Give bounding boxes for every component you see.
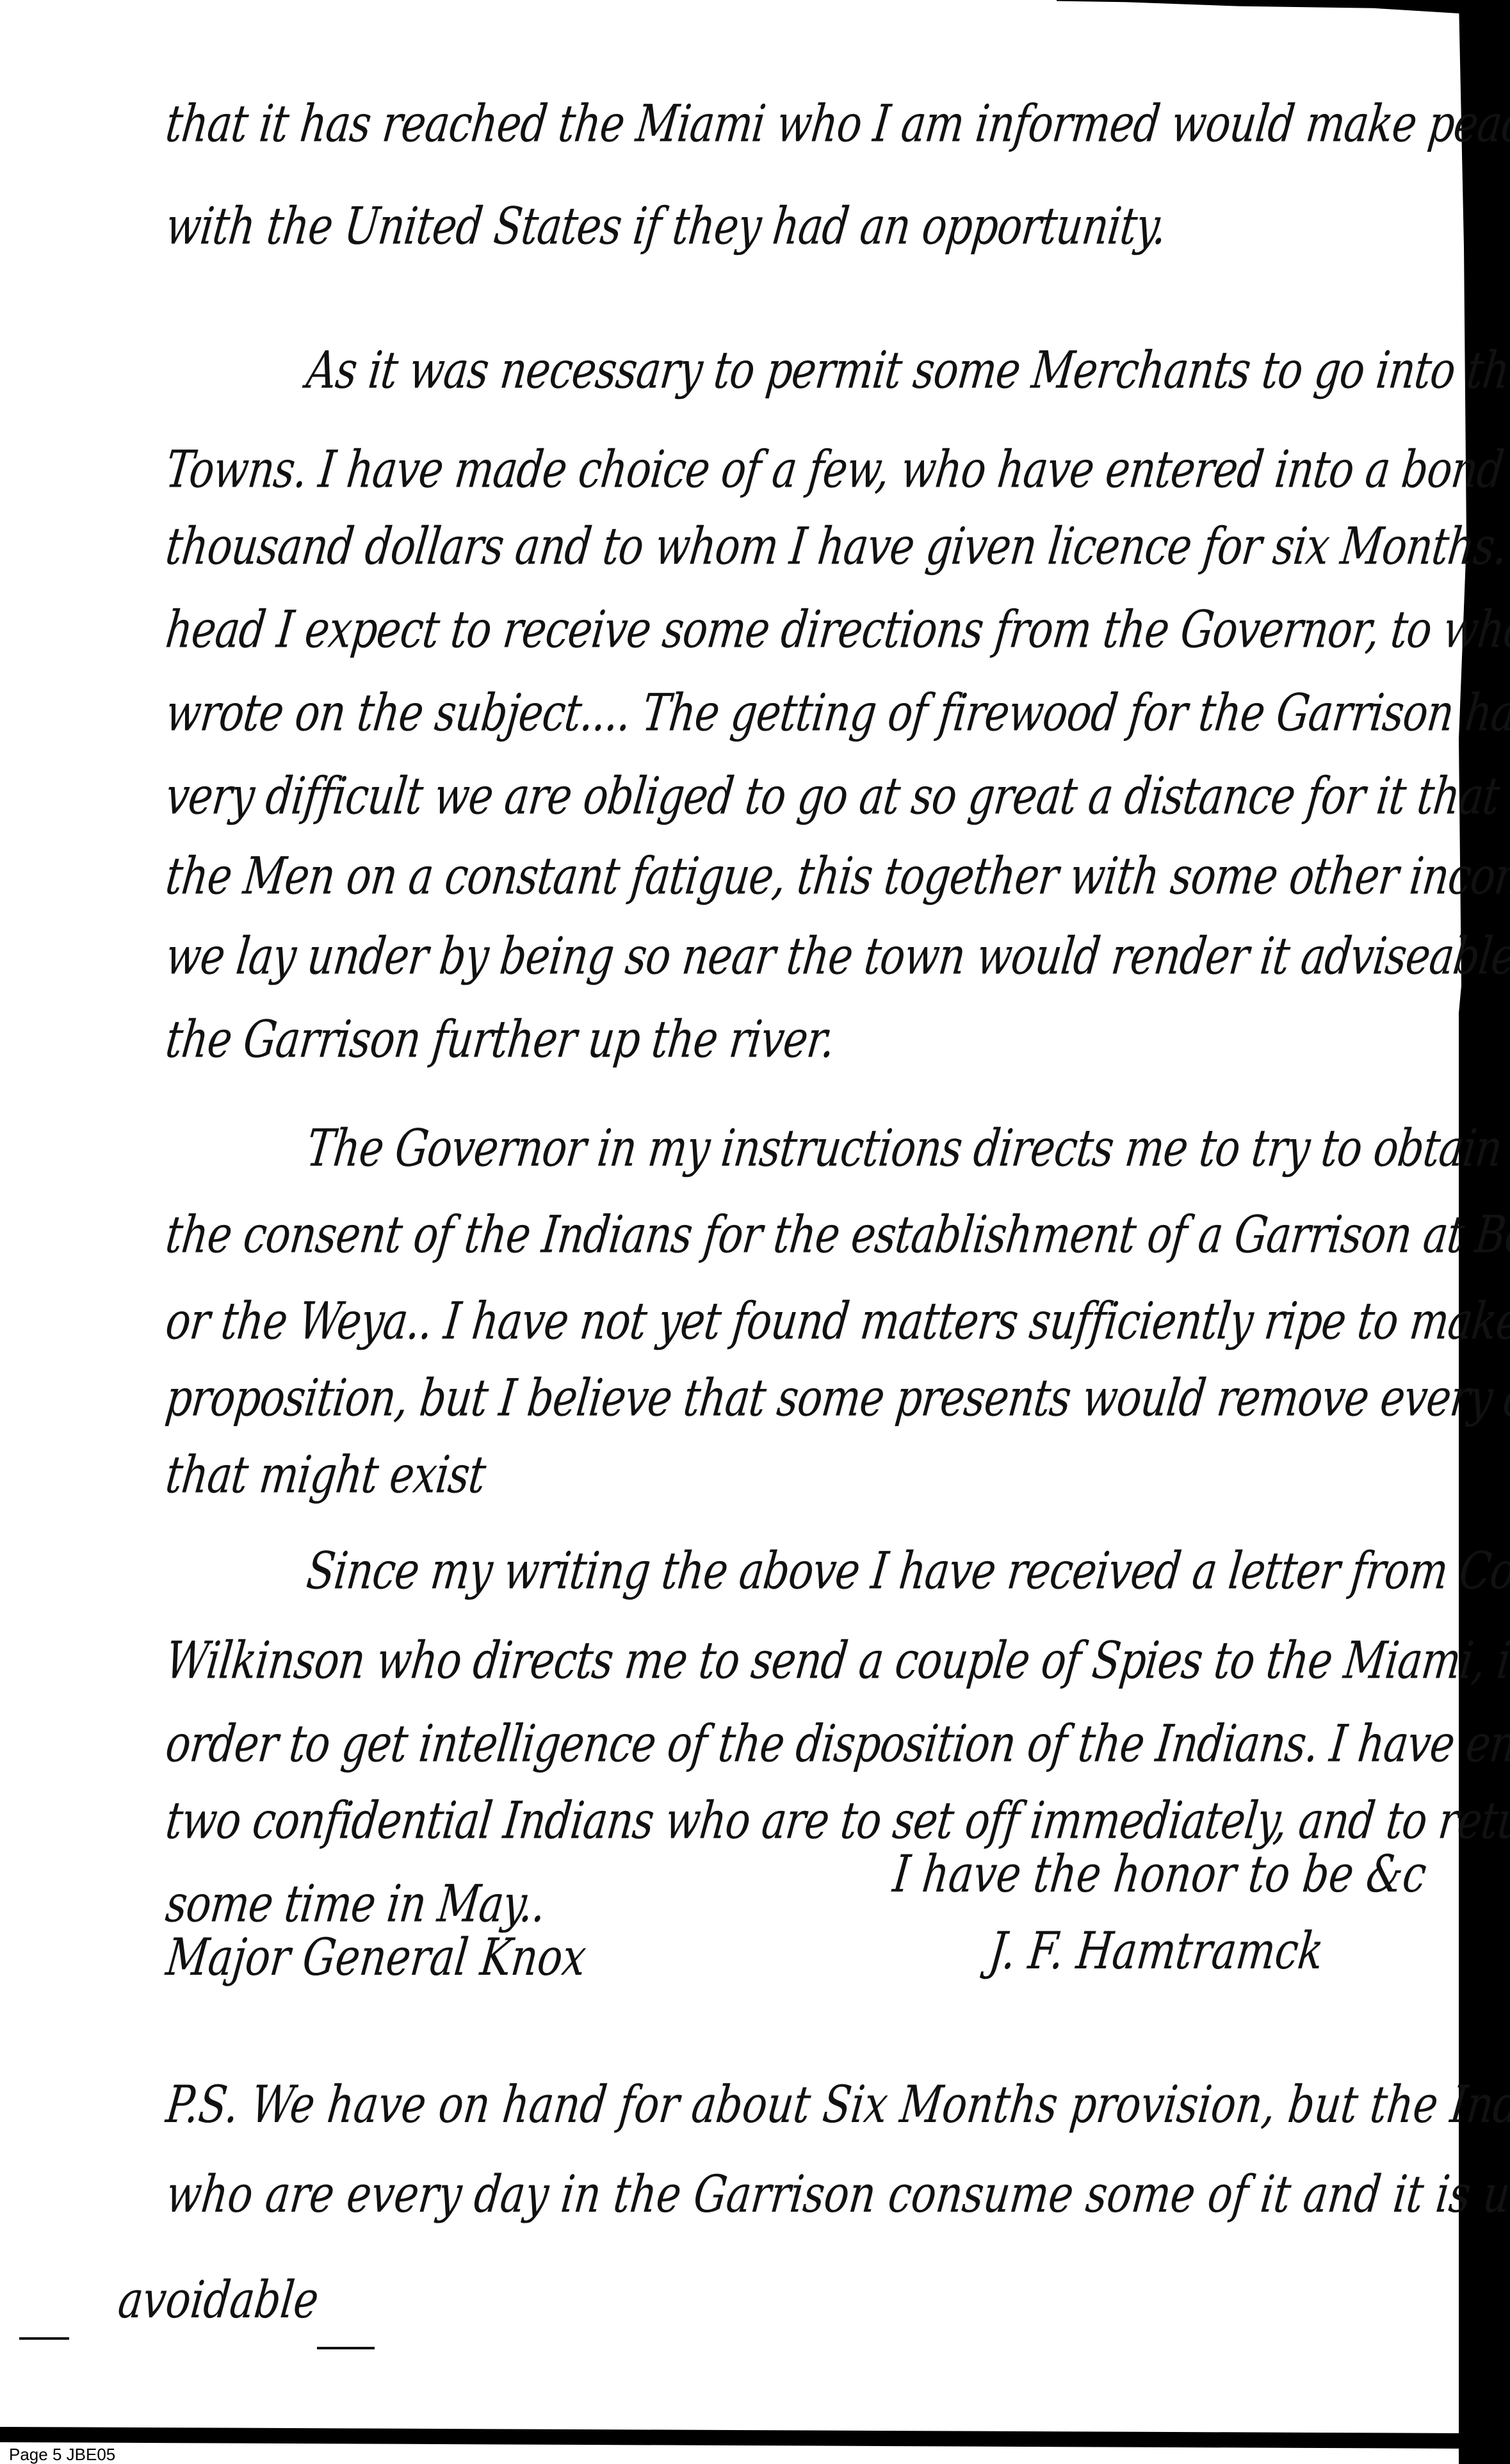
letter-line: As it was necessary to permit some Merch…: [163, 345, 1510, 396]
letter-line: the Men on a constant fatigue, this toge…: [163, 851, 1510, 902]
postscript-line: avoidable: [115, 2271, 321, 2331]
letter-line: proposition, but I believe that some pre…: [163, 1373, 1510, 1424]
letter-line: head I expect to receive some directions…: [163, 604, 1510, 656]
letter-line: with the United States if they had an op…: [163, 201, 1169, 252]
letter-closing: I have the honor to be &c: [890, 1845, 1429, 1905]
letter-line: Towns. I have made choice of a few, who …: [163, 444, 1510, 496]
letter-line: thousand dollars and to whom I have give…: [163, 521, 1510, 572]
letter-line: that might exist: [163, 1450, 488, 1501]
letter-line: Wilkinson who directs me to send a coupl…: [163, 1635, 1510, 1687]
letter-line: the consent of the Indians for the estab…: [163, 1210, 1510, 1261]
letter-line: wrote on the subject.... The getting of …: [163, 688, 1510, 739]
letter-line: Since my writing the above I have receiv…: [163, 1546, 1510, 1597]
scan-border-bottom: [0, 2427, 1510, 2449]
signature: J. F. Hamtramck: [986, 1922, 1326, 1982]
letter-line: or the Weya.. I have not yet found matte…: [163, 1296, 1510, 1347]
letter-line: we lay under by being so near the town w…: [163, 931, 1510, 982]
postscript-line: P.S. We have on hand for about Six Month…: [163, 2076, 1510, 2136]
letter-line: order to get intelligence of the disposi…: [163, 1719, 1510, 1770]
addressee: Major General Knox: [163, 1929, 589, 1988]
letter-line: very difficult we are obliged to go at s…: [163, 771, 1510, 822]
scan-border-top: [1057, 0, 1510, 20]
scanned-letter-page: that it has reached the Miami who I am i…: [0, 0, 1510, 2464]
letter-line: some time in May..: [163, 1879, 548, 1930]
letter-line: the Garrison further up the river.: [163, 1014, 837, 1066]
letter-line: two confidential Indians who are to set …: [163, 1795, 1510, 1847]
dash-mark: [317, 2347, 375, 2349]
page-label: Page 5 JBE05: [9, 2445, 115, 2464]
letter-line: that it has reached the Miami who I am i…: [163, 99, 1510, 150]
letter-line: The Governor in my instructions directs …: [163, 1123, 1504, 1174]
postscript-line: who are every day in the Garrison consum…: [163, 2166, 1510, 2225]
dash-mark: [19, 2337, 69, 2340]
